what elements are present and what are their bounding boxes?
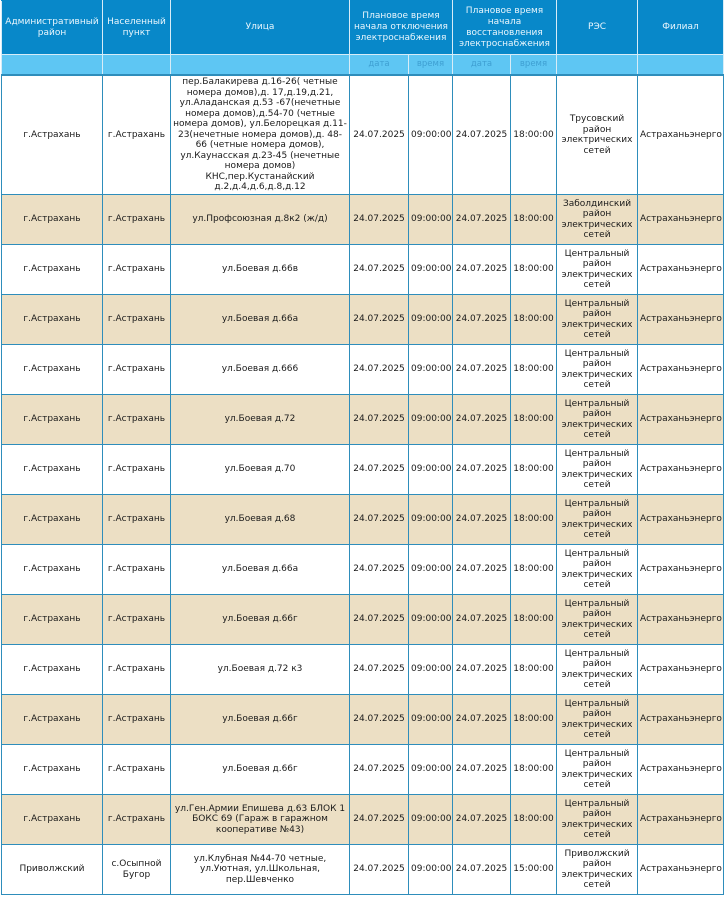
cell-on-date: 24.07.2025: [453, 495, 511, 545]
cell-settlement: г.Астрахань: [103, 195, 171, 245]
cell-settlement: г.Астрахань: [103, 645, 171, 695]
cell-branch: Астраханьэнерго: [638, 745, 724, 795]
cell-district: г.Астрахань: [2, 445, 103, 495]
cell-on-date: 24.07.2025: [453, 645, 511, 695]
cell-district: г.Астрахань: [2, 395, 103, 445]
sub-empty: [103, 55, 171, 76]
cell-district: г.Астрахань: [2, 645, 103, 695]
cell-settlement: г.Астрахань: [103, 295, 171, 345]
cell-street: ул.Боевая д.66г: [171, 695, 350, 745]
sub-empty: [638, 55, 724, 76]
cell-street: ул.Боевая д.66в: [171, 245, 350, 295]
cell-on-time: 18:00:00: [511, 75, 557, 195]
table-row: г.Астрахань г.Астрахань ул.Боевая д.66а …: [2, 545, 724, 595]
table-row: г.Астрахань г.Астрахань ул.Боевая д.72 2…: [2, 395, 724, 445]
sub-off-date: дата: [350, 55, 409, 76]
cell-on-time: 18:00:00: [511, 795, 557, 845]
cell-on-time: 18:00:00: [511, 395, 557, 445]
cell-district: Приволжский: [2, 845, 103, 895]
cell-res: Центральный район электрических сетей: [557, 245, 638, 295]
cell-street: ул.Боевая д.72 к3: [171, 645, 350, 695]
cell-settlement: г.Астрахань: [103, 545, 171, 595]
cell-settlement: с.Осыпной Бугор: [103, 845, 171, 895]
cell-off-date: 24.07.2025: [350, 295, 409, 345]
cell-off-time: 09:00:00: [409, 645, 453, 695]
cell-settlement: г.Астрахань: [103, 795, 171, 845]
cell-off-date: 24.07.2025: [350, 245, 409, 295]
table-row: г.Астрахань г.Астрахань ул.Профсоюзная д…: [2, 195, 724, 245]
cell-street: ул.Боевая д.66а: [171, 295, 350, 345]
cell-off-time: 09:00:00: [409, 595, 453, 645]
cell-branch: Астраханьэнерго: [638, 245, 724, 295]
cell-on-date: 24.07.2025: [453, 595, 511, 645]
table-row: г.Астрахань г.Астрахань ул.Боевая д.72 к…: [2, 645, 724, 695]
sub-on-date: дата: [453, 55, 511, 76]
cell-off-date: 24.07.2025: [350, 495, 409, 545]
sub-empty: [171, 55, 350, 76]
cell-street: ул.Боевая д.68: [171, 495, 350, 545]
cell-on-date: 24.07.2025: [453, 695, 511, 745]
cell-branch: Астраханьэнерго: [638, 495, 724, 545]
cell-district: г.Астрахань: [2, 75, 103, 195]
cell-street: ул.Боевая д.70: [171, 445, 350, 495]
cell-res: Центральный район электрических сетей: [557, 795, 638, 845]
cell-street: ул.Боевая д.66а: [171, 545, 350, 595]
cell-off-date: 24.07.2025: [350, 445, 409, 495]
cell-res: Центральный район электрических сетей: [557, 745, 638, 795]
cell-off-date: 24.07.2025: [350, 75, 409, 195]
cell-settlement: г.Астрахань: [103, 245, 171, 295]
cell-on-time: 18:00:00: [511, 695, 557, 745]
col-restore-start: Плановое время начала восстановления эле…: [453, 1, 557, 55]
cell-on-time: 18:00:00: [511, 295, 557, 345]
cell-district: г.Астрахань: [2, 745, 103, 795]
cell-on-date: 24.07.2025: [453, 345, 511, 395]
cell-off-date: 24.07.2025: [350, 545, 409, 595]
cell-res: Центральный район электрических сетей: [557, 595, 638, 645]
cell-res: Центральный район электрических сетей: [557, 695, 638, 745]
cell-off-time: 09:00:00: [409, 495, 453, 545]
cell-settlement: г.Астрахань: [103, 345, 171, 395]
cell-on-time: 18:00:00: [511, 245, 557, 295]
cell-settlement: г.Астрахань: [103, 695, 171, 745]
cell-branch: Астраханьэнерго: [638, 195, 724, 245]
cell-on-time: 18:00:00: [511, 495, 557, 545]
cell-street: ул.Боевая д.66г: [171, 745, 350, 795]
cell-on-time: 18:00:00: [511, 345, 557, 395]
cell-on-date: 24.07.2025: [453, 245, 511, 295]
cell-district: г.Астрахань: [2, 195, 103, 245]
cell-res: Приволжский район электрических сетей: [557, 845, 638, 895]
cell-on-time: 18:00:00: [511, 595, 557, 645]
cell-res: Центральный район электрических сетей: [557, 545, 638, 595]
cell-off-time: 09:00:00: [409, 695, 453, 745]
cell-street: ул.Боевая д.666: [171, 345, 350, 395]
cell-district: г.Астрахань: [2, 545, 103, 595]
sub-empty: [557, 55, 638, 76]
cell-branch: Астраханьэнерго: [638, 845, 724, 895]
cell-street: пер.Балакирева д.16-26( четные номера до…: [171, 75, 350, 195]
cell-settlement: г.Астрахань: [103, 595, 171, 645]
table-row: г.Астрахань г.Астрахань ул.Боевая д.66г …: [2, 745, 724, 795]
cell-on-date: 24.07.2025: [453, 445, 511, 495]
sub-on-time: время: [511, 55, 557, 76]
cell-district: г.Астрахань: [2, 795, 103, 845]
cell-on-time: 18:00:00: [511, 195, 557, 245]
cell-settlement: г.Астрахань: [103, 495, 171, 545]
cell-branch: Астраханьэнерго: [638, 695, 724, 745]
cell-street: ул.Клубная №44-70 четные, ул.Уютная, ул.…: [171, 845, 350, 895]
col-admin-district: Административный район: [2, 1, 103, 55]
col-outage-start: Плановое время начала отключения электро…: [350, 1, 453, 55]
subheader-row: дата время дата время: [2, 55, 724, 76]
table-row: г.Астрахань г.Астрахань ул.Боевая д.66в …: [2, 245, 724, 295]
cell-off-time: 09:00:00: [409, 445, 453, 495]
cell-res: Центральный район электрических сетей: [557, 395, 638, 445]
col-street: Улица: [171, 1, 350, 55]
cell-on-date: 24.07.2025: [453, 75, 511, 195]
cell-off-time: 09:00:00: [409, 295, 453, 345]
cell-res: Центральный район электрических сетей: [557, 445, 638, 495]
table-row: г.Астрахань г.Астрахань ул.Боевая д.666 …: [2, 345, 724, 395]
cell-off-date: 24.07.2025: [350, 795, 409, 845]
table-header: Административный район Населенный пункт …: [2, 1, 724, 76]
cell-branch: Астраханьэнерго: [638, 75, 724, 195]
cell-off-date: 24.07.2025: [350, 745, 409, 795]
cell-off-date: 24.07.2025: [350, 195, 409, 245]
cell-settlement: г.Астрахань: [103, 395, 171, 445]
cell-on-date: 24.07.2025: [453, 195, 511, 245]
cell-on-time: 15:00:00: [511, 845, 557, 895]
table-row: Приволжский с.Осыпной Бугор ул.Клубная №…: [2, 845, 724, 895]
outage-schedule-table: Административный район Населенный пункт …: [1, 0, 724, 895]
table-body: г.Астрахань г.Астрахань пер.Балакирева д…: [2, 75, 724, 895]
cell-settlement: г.Астрахань: [103, 445, 171, 495]
table-row: г.Астрахань г.Астрахань ул.Боевая д.66г …: [2, 595, 724, 645]
cell-off-date: 24.07.2025: [350, 845, 409, 895]
col-branch: Филиал: [638, 1, 724, 55]
cell-on-date: 24.07.2025: [453, 795, 511, 845]
cell-on-date: 24.07.2025: [453, 845, 511, 895]
cell-branch: Астраханьэнерго: [638, 795, 724, 845]
table-row: г.Астрахань г.Астрахань ул.Боевая д.70 2…: [2, 445, 724, 495]
cell-branch: Астраханьэнерго: [638, 345, 724, 395]
cell-settlement: г.Астрахань: [103, 75, 171, 195]
cell-on-date: 24.07.2025: [453, 295, 511, 345]
table-row: г.Астрахань г.Астрахань ул.Боевая д.68 2…: [2, 495, 724, 545]
header-row: Административный район Населенный пункт …: [2, 1, 724, 55]
sub-empty: [2, 55, 103, 76]
cell-on-date: 24.07.2025: [453, 395, 511, 445]
cell-off-time: 09:00:00: [409, 545, 453, 595]
table-row: г.Астрахань г.Астрахань ул.Боевая д.66г …: [2, 695, 724, 745]
cell-branch: Астраханьэнерго: [638, 395, 724, 445]
cell-res: Трусовский район электрических сетей: [557, 75, 638, 195]
cell-street: ул.Боевая д.72: [171, 395, 350, 445]
sub-off-time: время: [409, 55, 453, 76]
cell-on-date: 24.07.2025: [453, 545, 511, 595]
cell-off-date: 24.07.2025: [350, 595, 409, 645]
cell-street: ул.Боевая д.66г: [171, 595, 350, 645]
table-row: г.Астрахань г.Астрахань пер.Балакирева д…: [2, 75, 724, 195]
cell-district: г.Астрахань: [2, 245, 103, 295]
cell-branch: Астраханьэнерго: [638, 545, 724, 595]
cell-off-date: 24.07.2025: [350, 345, 409, 395]
cell-on-time: 18:00:00: [511, 545, 557, 595]
table-row: г.Астрахань г.Астрахань ул.Ген.Армии Епи…: [2, 795, 724, 845]
cell-off-time: 09:00:00: [409, 75, 453, 195]
cell-branch: Астраханьэнерго: [638, 595, 724, 645]
cell-off-time: 09:00:00: [409, 395, 453, 445]
cell-off-time: 09:00:00: [409, 845, 453, 895]
cell-off-time: 09:00:00: [409, 195, 453, 245]
cell-street: ул.Профсоюзная д.8к2 (ж/д): [171, 195, 350, 245]
cell-branch: Астраханьэнерго: [638, 295, 724, 345]
cell-off-time: 09:00:00: [409, 345, 453, 395]
cell-res: Центральный район электрических сетей: [557, 295, 638, 345]
cell-off-time: 09:00:00: [409, 245, 453, 295]
cell-district: г.Астрахань: [2, 345, 103, 395]
table-row: г.Астрахань г.Астрахань ул.Боевая д.66а …: [2, 295, 724, 345]
cell-res: Центральный район электрических сетей: [557, 345, 638, 395]
cell-street: ул.Ген.Армии Епишева д.63 БЛОК 1 БОКС 69…: [171, 795, 350, 845]
cell-district: г.Астрахань: [2, 695, 103, 745]
cell-branch: Астраханьэнерго: [638, 445, 724, 495]
cell-off-date: 24.07.2025: [350, 395, 409, 445]
cell-off-time: 09:00:00: [409, 795, 453, 845]
cell-res: Заболдинский район электрических сетей: [557, 195, 638, 245]
cell-off-time: 09:00:00: [409, 745, 453, 795]
cell-off-date: 24.07.2025: [350, 695, 409, 745]
cell-branch: Астраханьэнерго: [638, 645, 724, 695]
cell-on-date: 24.07.2025: [453, 745, 511, 795]
cell-on-time: 18:00:00: [511, 645, 557, 695]
cell-district: г.Астрахань: [2, 295, 103, 345]
col-res: РЭС: [557, 1, 638, 55]
cell-off-date: 24.07.2025: [350, 645, 409, 695]
cell-settlement: г.Астрахань: [103, 745, 171, 795]
cell-on-time: 18:00:00: [511, 745, 557, 795]
col-settlement: Населенный пункт: [103, 1, 171, 55]
cell-on-time: 18:00:00: [511, 445, 557, 495]
cell-district: г.Астрахань: [2, 495, 103, 545]
cell-res: Центральный район электрических сетей: [557, 495, 638, 545]
cell-res: Центральный район электрических сетей: [557, 645, 638, 695]
cell-district: г.Астрахань: [2, 595, 103, 645]
